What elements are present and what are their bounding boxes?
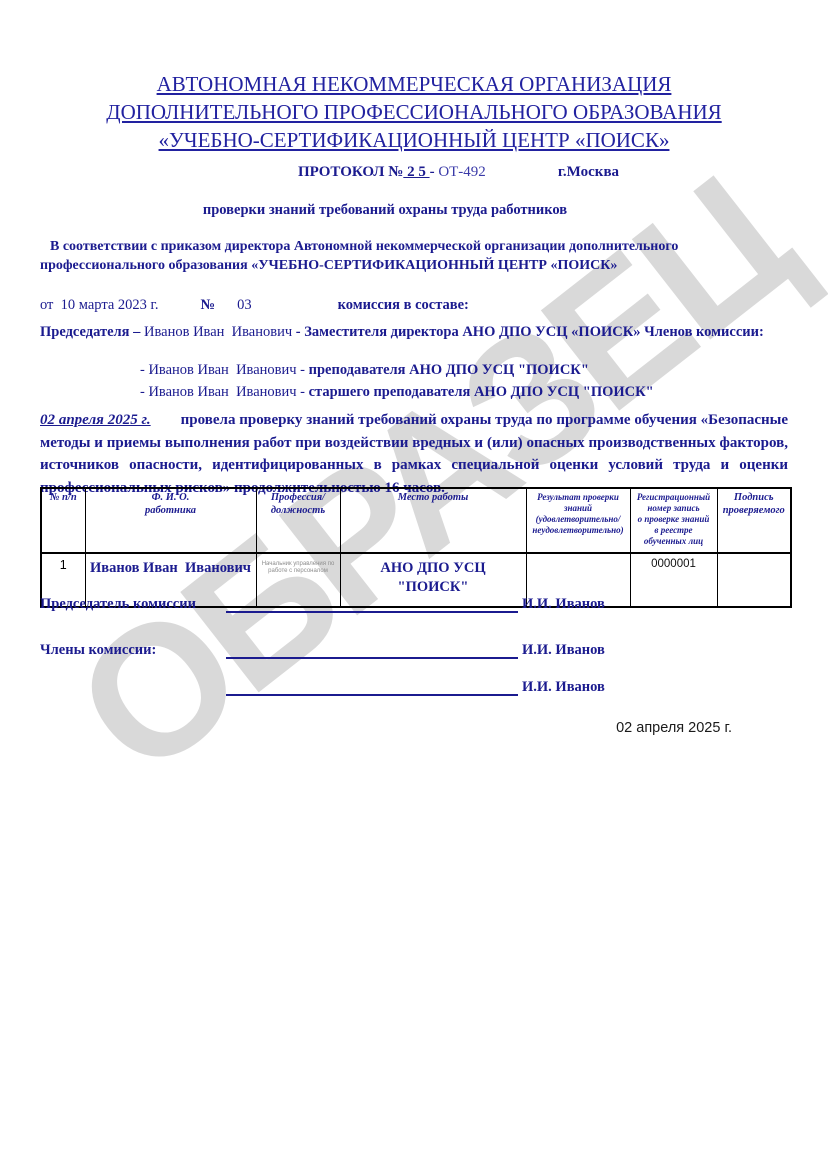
header-workplace: Место работы (340, 488, 526, 553)
member-role: преподавателя АНО ДПО УСЦ "ПОИСК" (309, 362, 589, 378)
signature-row-member: Члены комиссии: И.И. Иванов (40, 638, 660, 659)
org-title-line1: АВТОНОМНАЯ НЕКОММЕРЧЕСКАЯ ОРГАНИЗАЦИЯ (0, 70, 828, 98)
commission-intro: комиссия в составе: (338, 297, 469, 313)
signature-row-chairman: Председатель комиссии И.И. Иванов (40, 592, 660, 613)
header-num: № п/п (41, 488, 85, 553)
protocol-city: г.Москва (558, 164, 619, 180)
signature-blank-line (226, 676, 518, 696)
intro-paragraph: В соответствии с приказом директора Авто… (40, 237, 764, 275)
header-reg-number: Регистрационный номер запись о проверке … (630, 488, 717, 553)
footer-date: 02 апреля 2025 г. (616, 720, 732, 736)
protocol-code: ОТ-492 (438, 164, 486, 180)
member-name: - Иванов Иван Иванович - (140, 384, 309, 400)
chairman-prefix: Председателя – (40, 324, 144, 340)
protocol-dash: - (430, 164, 439, 180)
org-title: АВТОНОМНАЯ НЕКОММЕРЧЕСКАЯ ОРГАНИЗАЦИЯ ДО… (0, 70, 828, 154)
protocol-number-line: ПРОТОКОЛ № 2 5 - ОТ-492г.Москва (298, 164, 818, 181)
chairman-tail: - Заместителя директора АНО ДПО УСЦ «ПОИ… (292, 324, 764, 340)
protocol-number: 2 5 (403, 164, 429, 180)
member-role: старшего преподавателя АНО ДПО УСЦ "ПОИС… (309, 384, 654, 400)
table-header-row: № п/п Ф. И. О. работника Профессия/ долж… (41, 488, 791, 553)
results-table: № п/п Ф. И. О. работника Профессия/ долж… (40, 487, 792, 608)
order-number-label: № (200, 297, 215, 313)
chairman-name: Иванов Иван Иванович (144, 324, 292, 340)
signature-label: Председатель комиссии (40, 596, 226, 613)
signature-name: И.И. Иванов (522, 679, 605, 696)
committee-member-line: - Иванов Иван Иванович - старшего препод… (140, 384, 788, 401)
chairman-line: Председателя – Иванов Иван Иванович - За… (40, 322, 788, 343)
check-date: 02 апреля 2025 г. (40, 412, 151, 428)
signature-name: И.И. Иванов (522, 642, 605, 659)
order-date: от 10 марта 2023 г. (40, 297, 158, 313)
order-line: от 10 марта 2023 г.№03комиссия в составе… (40, 297, 788, 314)
org-title-line3: «УЧЕБНО-СЕРТИФИКАЦИОННЫЙ ЦЕНТР «ПОИСК» (0, 126, 828, 154)
cell-signature (717, 553, 791, 607)
document-subtitle: проверки знаний требований охраны труда … (0, 202, 770, 219)
header-profession: Профессия/ должность (256, 488, 340, 553)
protocol-document-page: ОБРАЗЕЦ АВТОНОМНАЯ НЕКОММЕРЧЕСКАЯ ОРГАНИ… (0, 0, 828, 1170)
org-title-line2: ДОПОЛНИТЕЛЬНОГО ПРОФЕССИОНАЛЬНОГО ОБРАЗО… (0, 98, 828, 126)
committee-member-line: - Иванов Иван Иванович - преподавателя А… (140, 362, 788, 379)
header-signature: Подпись проверяемого (717, 488, 791, 553)
header-result: Результат проверки знаний (удовлетворите… (526, 488, 630, 553)
signature-row-member: И.И. Иванов (40, 675, 660, 696)
signature-name: И.И. Иванов (522, 596, 605, 613)
results-table-grid: № п/п Ф. И. О. работника Профессия/ долж… (40, 487, 792, 608)
signature-label: Члены комиссии: (40, 642, 226, 659)
header-fio: Ф. И. О. работника (85, 488, 256, 553)
signature-blank-line (226, 639, 518, 659)
order-number-value: 03 (237, 297, 252, 313)
check-paragraph: 02 апреля 2025 г.провела проверку знаний… (40, 409, 788, 499)
protocol-label: ПРОТОКОЛ № (298, 164, 403, 180)
signature-blank-line (226, 593, 518, 613)
check-text: провела проверку знаний требований охран… (40, 412, 788, 496)
member-name: - Иванов Иван Иванович - (140, 362, 309, 378)
